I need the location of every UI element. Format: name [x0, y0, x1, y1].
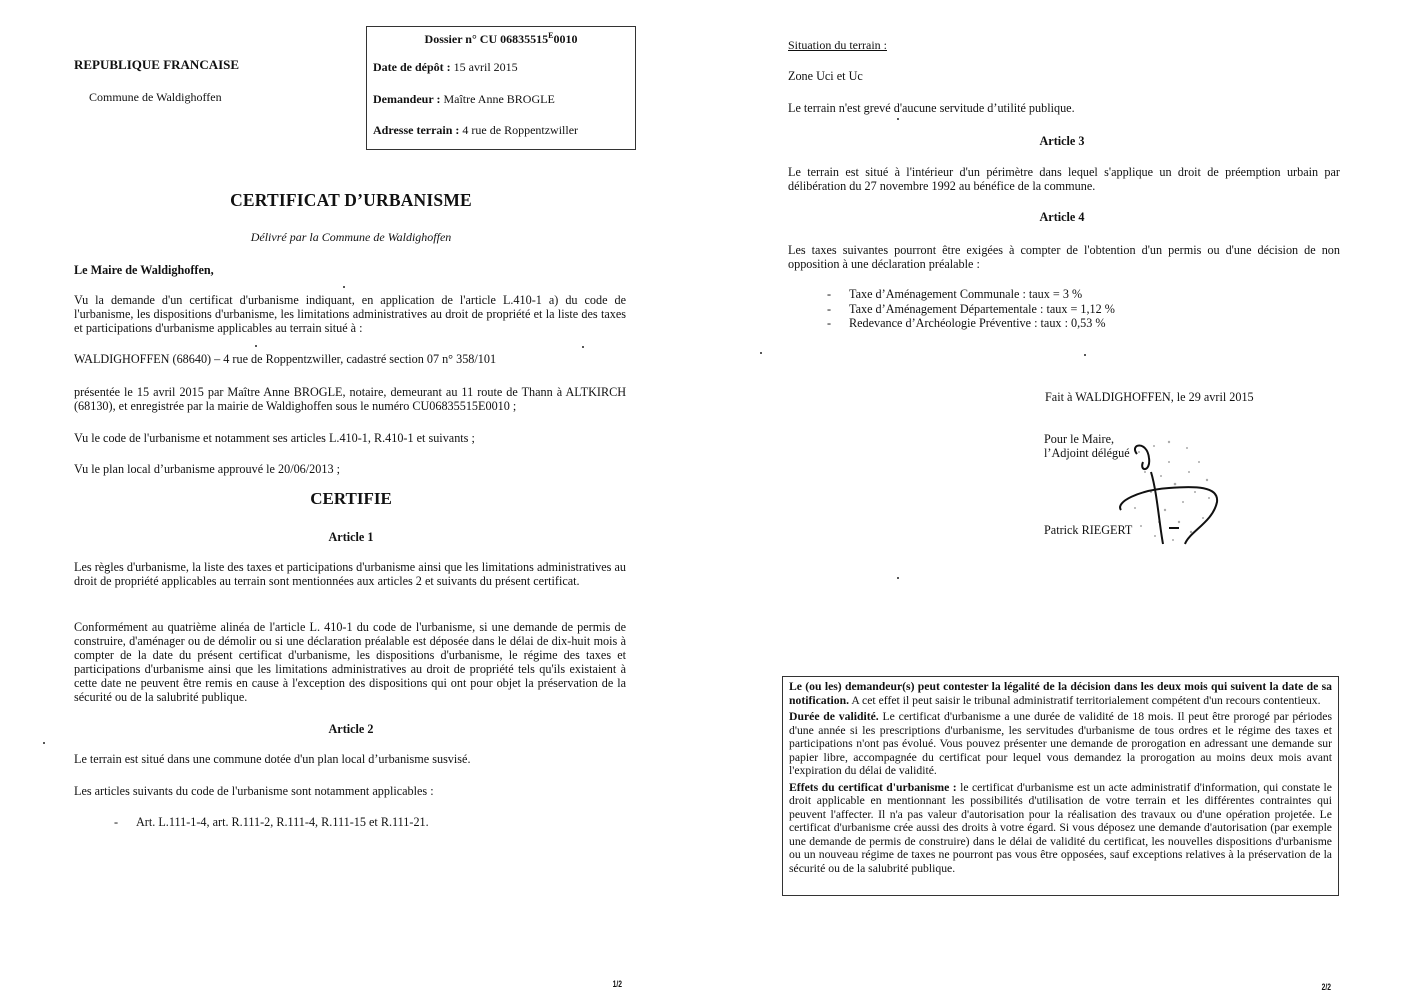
legal-contest-paragraph: Le (ou les) demandeur(s) peut contester …	[789, 680, 1332, 707]
page-2: Situation du terrain : Zone Uci et Uc Le…	[711, 0, 1422, 1000]
land-address-value: 4 rue de Roppentzwiller	[459, 123, 578, 137]
document-title: CERTIFICAT D’URBANISME	[60, 193, 642, 207]
legal-contest-text: A cet effet il peut saisir le tribunal a…	[849, 694, 1321, 707]
applicant-label: Demandeur :	[373, 92, 440, 106]
article-2-list-item: -Art. L.111-1-4, art. R.111-2, R.111-4, …	[114, 815, 429, 829]
tax-list: -Taxe d’Aménagement Communale : taux = 3…	[827, 287, 1115, 331]
article-1-paragraph-1: Les règles d'urbanisme, la liste des tax…	[74, 560, 626, 588]
request-paragraph: Vu la demande d'un certificat d'urbanism…	[74, 293, 626, 335]
deposit-date-value: 15 avril 2015	[451, 60, 518, 74]
article-4-paragraph: Les taxes suivantes pourront être exigée…	[788, 243, 1340, 271]
presented-paragraph: présentée le 15 avril 2015 par Maître An…	[74, 385, 626, 413]
vu-plan-line: Vu le plan local d’urbanisme approuvé le…	[74, 462, 340, 476]
parcel-address: WALDIGHOFFEN (68640) – 4 rue de Roppentz…	[74, 352, 496, 366]
tax-item-text: Taxe d’Aménagement Départementale : taux…	[849, 302, 1115, 316]
legal-effects-text: le certificat d'urbanisme est un acte ad…	[789, 781, 1332, 875]
page-number-1: 1/2	[613, 977, 622, 991]
article-3-paragraph: Le terrain est situé à l'intérieur d'un …	[788, 165, 1340, 193]
mayor-line: Le Maire de Waldighoffen,	[74, 263, 214, 277]
page-1: REPUBLIQUE FRANCAISE Commune de Waldigho…	[0, 0, 711, 1000]
list-marker: -	[114, 815, 136, 829]
republic-heading: REPUBLIQUE FRANCAISE	[74, 58, 239, 72]
legal-effects-bold: Effets du certificat d'urbanisme :	[789, 781, 957, 794]
dossier-number-prefix: Dossier n° CU 06835515	[425, 32, 549, 46]
document-subtitle: Délivré par la Commune de Waldighoffen	[60, 230, 642, 244]
applicant-value: Maître Anne BROGLE	[440, 92, 554, 106]
certifie-heading: CERTIFIE	[60, 492, 642, 506]
page-number-2: 2/2	[1322, 980, 1331, 994]
tax-item: -Taxe d’Aménagement Communale : taux = 3…	[827, 287, 1115, 302]
legal-validity-paragraph: Durée de validité. Le certificat d'urban…	[789, 710, 1332, 778]
tax-item: -Taxe d’Aménagement Départementale : tau…	[827, 302, 1115, 317]
vu-code-line: Vu le code de l'urbanisme et notamment s…	[74, 431, 475, 445]
list-marker: -	[827, 287, 849, 302]
article-4-heading: Article 4	[771, 210, 1353, 224]
land-address: Adresse terrain : 4 rue de Roppentzwille…	[373, 123, 578, 137]
dossier-number-suffix: 0010	[553, 32, 577, 46]
deposit-date-label: Date de dépôt :	[373, 60, 451, 74]
article-1-heading: Article 1	[60, 530, 642, 544]
list-marker: -	[827, 316, 849, 331]
dossier-number: Dossier n° CU 06835515E0010	[367, 29, 635, 46]
zone-line: Zone Uci et Uc	[788, 69, 863, 83]
list-marker: -	[827, 302, 849, 317]
article-1-paragraph-2: Conformément au quatrième alinéa de l'ar…	[74, 620, 626, 704]
commune-name: Commune de Waldighoffen	[89, 90, 222, 104]
tax-item: -Redevance d’Archéologie Préventive : ta…	[827, 316, 1115, 331]
article-2-heading: Article 2	[60, 722, 642, 736]
article-2-paragraph-2: Les articles suivants du code de l'urban…	[74, 784, 434, 798]
signature-stamp-icon	[1099, 432, 1229, 550]
land-address-label: Adresse terrain :	[373, 123, 459, 137]
deposit-date: Date de dépôt : 15 avril 2015	[373, 60, 518, 74]
dossier-box: Dossier n° CU 06835515E0010 Date de dépô…	[366, 26, 636, 150]
legal-notice-box: Le (ou les) demandeur(s) peut contester …	[782, 676, 1339, 896]
servitude-line: Le terrain n'est grevé d'aucune servitud…	[788, 101, 1075, 115]
legal-validity-bold: Durée de validité.	[789, 710, 879, 723]
legal-effects-paragraph: Effets du certificat d'urbanisme : le ce…	[789, 781, 1332, 876]
situation-heading: Situation du terrain :	[788, 38, 887, 52]
signature-place-date: Fait à WALDIGHOFFEN, le 29 avril 2015	[1045, 390, 1254, 404]
article-3-heading: Article 3	[771, 134, 1353, 148]
tax-item-text: Taxe d’Aménagement Communale : taux = 3 …	[849, 287, 1082, 301]
article-2-paragraph-1: Le terrain est situé dans une commune do…	[74, 752, 471, 766]
applicant: Demandeur : Maître Anne BROGLE	[373, 92, 555, 106]
article-2-list-text: Art. L.111-1-4, art. R.111-2, R.111-4, R…	[136, 815, 429, 829]
tax-item-text: Redevance d’Archéologie Préventive : tau…	[849, 316, 1106, 330]
